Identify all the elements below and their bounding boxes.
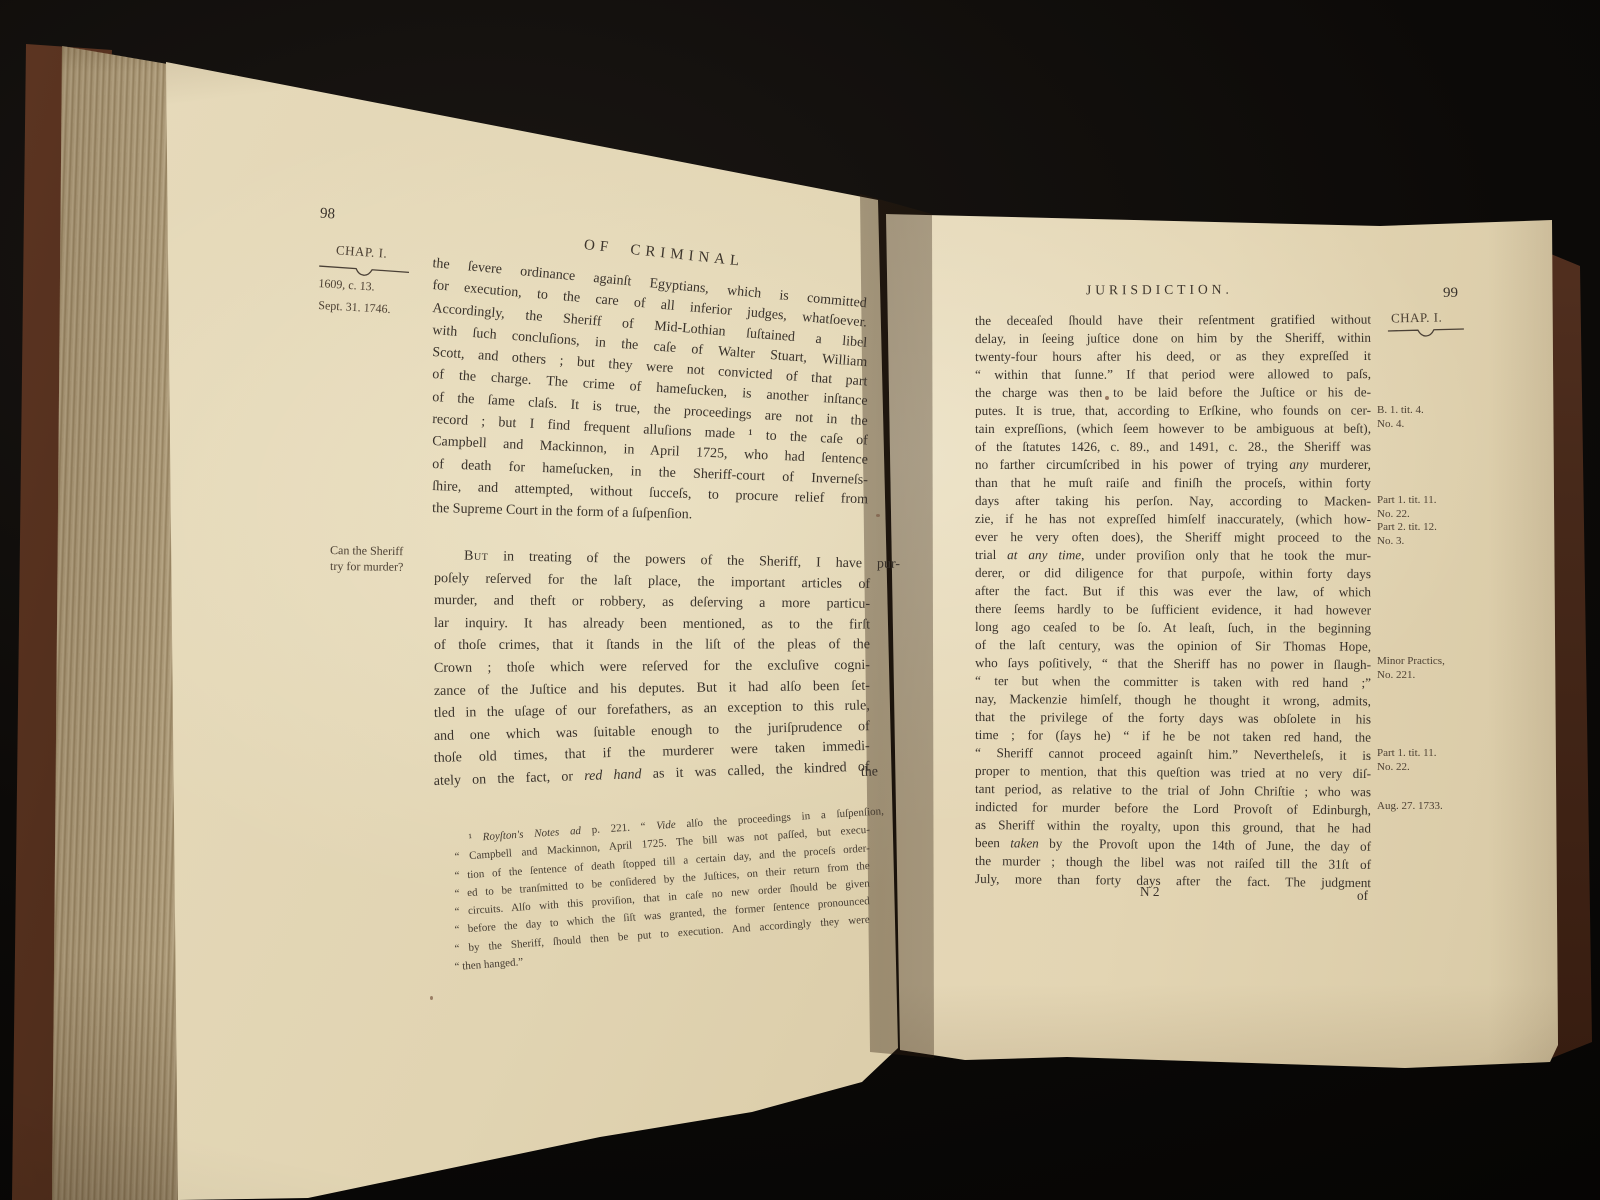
text-line: No. 22. (1377, 761, 1489, 775)
text-line: zie, if he has not expreſſed himſelf ina… (975, 512, 1371, 531)
text-line: Part 2. tit. 12. (1377, 521, 1489, 535)
right-margin-note-1: B. 1. tit. 4.No. 4. (1377, 404, 1489, 431)
text-line: No. 221. (1377, 669, 1495, 683)
right-body: the deceaſed ſhould have their reſentmen… (975, 314, 1371, 890)
text-line: twenty-four hours after his deed, or as … (975, 349, 1371, 368)
text-line: ever he very often does), the Sheriff mi… (975, 530, 1371, 549)
text-line: putes. It is true, that, according to Er… (975, 404, 1371, 422)
right-page-number: 99 (1443, 285, 1458, 302)
book-photo: 98 OF CRIMINAL CHAP. I. 1609, c. 13.Sept… (0, 0, 1600, 1200)
chapter-rule-ornament (1387, 326, 1465, 340)
text-line: No. 3. (1377, 535, 1489, 549)
text-line: try for murder? (330, 560, 450, 577)
right-margin-note-3: Minor Practics,No. 221. (1377, 655, 1495, 682)
text-line: Minor Practics, (1377, 655, 1495, 669)
text-line: lar inquiry. It has already been mention… (434, 616, 870, 640)
left-page-number: 98 (319, 206, 335, 224)
right-chapter-label: CHAP. I. (1391, 310, 1443, 327)
right-margin-note-4: Part 1. tit. 11.No. 22. (1377, 747, 1489, 774)
text-line: No. 4. (1377, 418, 1489, 432)
foxing-speck (1105, 396, 1109, 400)
foxing-speck (876, 514, 880, 517)
text-line: days after taking his perſon. Nay, accor… (975, 494, 1371, 512)
text-line: B. 1. tit. 4. (1377, 404, 1489, 418)
text-line: Aug. 27. 1733. (1377, 800, 1489, 814)
right-running-head: JURISDICTION. (1086, 282, 1233, 299)
text-line: “ within that ſunne.” If that period wer… (975, 367, 1371, 386)
right-signature-mark: N 2 (1140, 884, 1159, 900)
text-line: no farther circumſcribed in his power of… (975, 458, 1371, 476)
right-margin-note-2: Part 1. tit. 11.No. 22.Part 2. tit. 12.N… (1377, 494, 1489, 548)
text-line: of the ſtatutes 1426, c. 89., and 1491, … (975, 440, 1371, 458)
right-margin-note-5: Aug. 27. 1733. (1377, 800, 1489, 814)
left-margin-question: Can the Sherifftry for murder? (330, 544, 450, 576)
foxing-speck (430, 996, 433, 1000)
left-paragraph-1: the ſevere ordinance againſt Egyptians, … (432, 256, 868, 524)
text-line: No. 22. (1377, 508, 1489, 522)
text-line: Part 1. tit. 11. (1377, 494, 1489, 508)
text-line: than that he muſt raiſe and finiſh the p… (975, 476, 1371, 494)
right-catchword: of (1308, 888, 1368, 904)
left-footnote: ¹ Royſton's Notes ad p. 221. “ Vide alſo… (455, 833, 871, 979)
left-paragraph-2: But in treating of the powers of the She… (434, 548, 870, 797)
left-margin-dates: 1609, c. 13.Sept. 31. 1746. (318, 277, 438, 321)
text-line: trial at any time, under proviſion only … (975, 548, 1371, 567)
text-line: tain expreſſions, (which ſeem however to… (975, 422, 1371, 440)
text-line: the charge was then to be laid before th… (975, 385, 1371, 404)
text-line: delay, in ſeeing juſtice done on him by … (975, 331, 1371, 350)
text-line: Part 1. tit. 11. (1377, 747, 1489, 761)
